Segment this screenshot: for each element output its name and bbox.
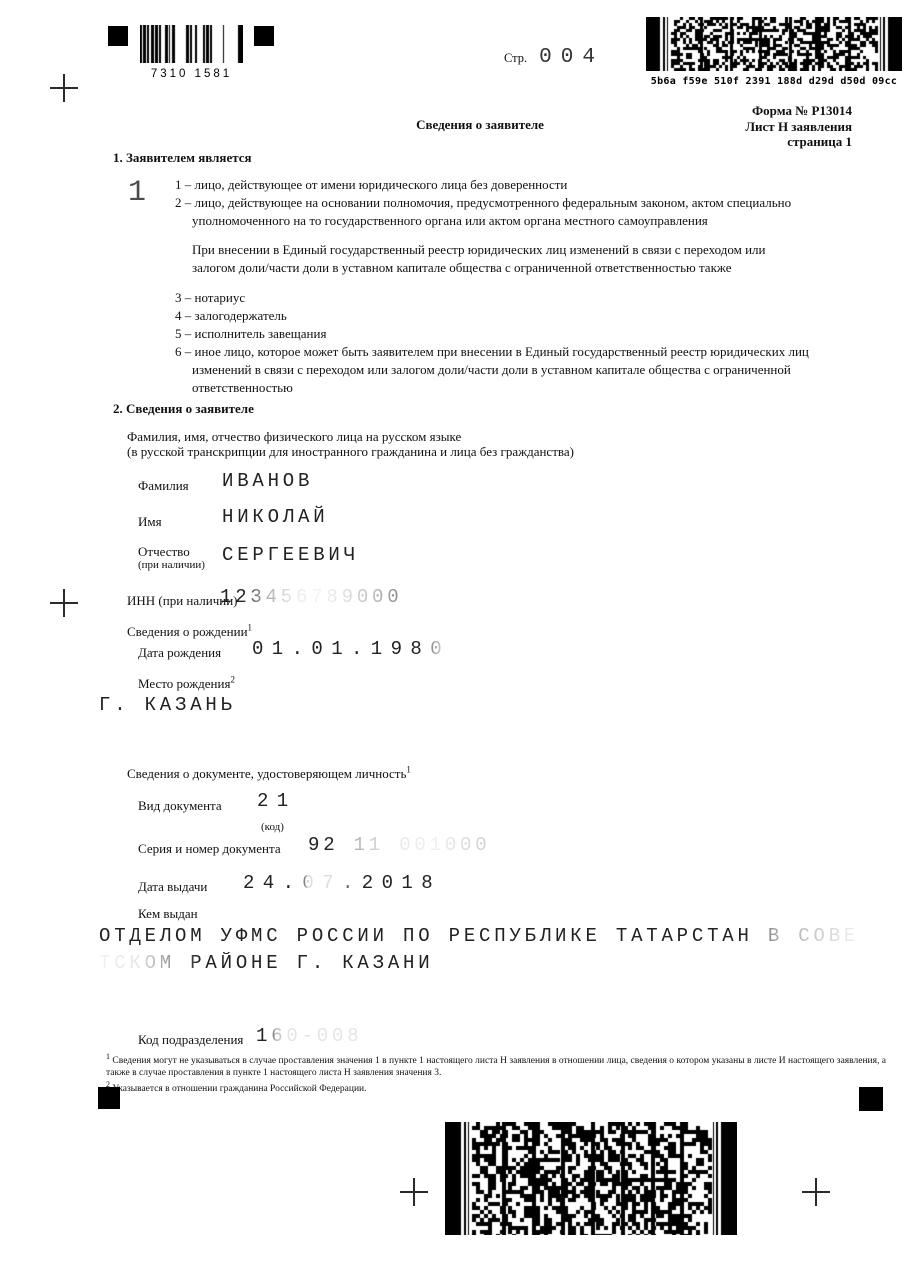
issue-date-value: 24.07.2018 xyxy=(243,872,441,894)
page-number-label: Стр. xyxy=(504,51,527,66)
option-3: 3 – нотариус xyxy=(175,289,893,307)
birth-caption: Сведения о рождении1 xyxy=(127,624,252,639)
crop-cross-middle-left xyxy=(50,589,78,617)
page-title: Сведения о заявителе xyxy=(255,117,705,132)
doc-type-code-sublabel: (код) xyxy=(261,821,284,833)
matrix-barcode-top-block: 5b6a f59e 510f 2391 188d d29d d50d 09cc xyxy=(646,17,902,87)
patronymic-sublabel: (при наличии) xyxy=(138,559,205,571)
footnote-ref-2: 2 xyxy=(230,675,235,685)
name-value: НИКОЛАЙ xyxy=(222,506,328,528)
surname-label: Фамилия xyxy=(138,478,189,493)
option-2: 2 – лицо, действующее на основании полно… xyxy=(175,194,893,230)
patronymic-label: Отчество xyxy=(138,544,205,559)
patronymic-value: СЕРГЕЕВИЧ xyxy=(222,544,359,566)
identity-doc-caption: Сведения о документе, удостоверяющем лич… xyxy=(127,766,411,781)
footnote-ref-1: 1 xyxy=(406,765,411,775)
option-4: 4 – залогодержатель xyxy=(175,307,893,325)
doc-number-label: Серия и номер документа xyxy=(138,841,281,856)
crop-cross-top-left xyxy=(50,74,78,102)
form-page-r13014: 7310 1581 Стр. 004 5b6a f59e 510f 2391 1… xyxy=(0,0,909,1286)
option-5: 5 – исполнитель завещания xyxy=(175,325,893,343)
option-6: 6 – иное лицо, которое может быть заявит… xyxy=(175,343,893,397)
section2-title: 2. Сведения о заявителе xyxy=(113,401,254,416)
linear-barcode xyxy=(140,25,243,63)
linear-barcode-block: 7310 1581 xyxy=(140,25,243,80)
crop-cross-bottom-left xyxy=(400,1178,428,1206)
footnotes: 1 Сведения могут не указываться в случае… xyxy=(106,1056,886,1096)
dept-code-value: 160-008 xyxy=(256,1025,362,1047)
matrix-barcode-top xyxy=(646,17,902,71)
matrix-barcode-hex: 5b6a f59e 510f 2391 188d d29d d50d 09cc xyxy=(646,76,902,87)
form-number: Форма № Р13014 xyxy=(745,103,852,119)
options-note: При внесении в Единый государственный ре… xyxy=(175,241,893,277)
applicant-type-value: 1 xyxy=(128,176,146,210)
registration-square xyxy=(254,26,274,46)
doc-type-label: Вид документа xyxy=(138,798,222,813)
name-label: Имя xyxy=(138,514,162,529)
birth-place-value: Г. КАЗАНЬ xyxy=(99,694,236,716)
registration-square xyxy=(859,1087,883,1111)
form-sheet-page: страница 1 xyxy=(745,134,852,150)
crop-cross-bottom-right xyxy=(802,1178,830,1206)
issued-by-line1: ОТДЕЛОМ УФМС РОССИИ ПО РЕСПУБЛИКЕ ТАТАРС… xyxy=(99,925,859,947)
option-1: 1 – лицо, действующее от имени юридическ… xyxy=(175,176,893,194)
page-number-value: 004 xyxy=(539,46,604,69)
matrix-barcode-bottom xyxy=(445,1122,737,1235)
birth-place-label: Место рождения2 xyxy=(138,676,235,691)
footnote-2: 2 Указывается в отношении гражданина Рос… xyxy=(106,1084,886,1096)
issue-date-label: Дата выдачи xyxy=(138,879,207,894)
linear-barcode-digits: 7310 1581 xyxy=(140,68,243,80)
doc-number-value: 92 11 001000 xyxy=(308,834,490,856)
fio-caption: Фамилия, имя, отчество физического лица … xyxy=(127,429,574,459)
registration-square xyxy=(98,1087,120,1109)
patronymic-label-block: Отчество (при наличии) xyxy=(138,544,205,571)
issued-by-label: Кем выдан xyxy=(138,906,198,921)
applicant-type-options: 1 – лицо, действующее от имени юридическ… xyxy=(175,176,893,397)
doc-type-value: 21 xyxy=(257,790,297,812)
birth-date-value: 01.01.1980 xyxy=(252,638,450,660)
birth-date-label: Дата рождения xyxy=(138,645,221,660)
form-header-block: Форма № Р13014 Лист Н заявления страница… xyxy=(745,103,852,150)
dept-code-label: Код подразделения xyxy=(138,1032,243,1047)
page-number-block: Стр. 004 xyxy=(504,46,604,69)
footnote-ref-1: 1 xyxy=(248,623,253,633)
form-sheet: Лист Н заявления xyxy=(745,119,852,135)
section1-title: 1. Заявителем является xyxy=(113,150,252,165)
footnote-1: 1 Сведения могут не указываться в случае… xyxy=(106,1056,886,1079)
issued-by-line2: ТСКОМ РАЙОНЕ Г. КАЗАНИ xyxy=(99,952,433,974)
surname-value: ИВАНОВ xyxy=(222,470,313,492)
registration-square xyxy=(108,26,128,46)
inn-value: 123456789000 xyxy=(220,586,402,608)
